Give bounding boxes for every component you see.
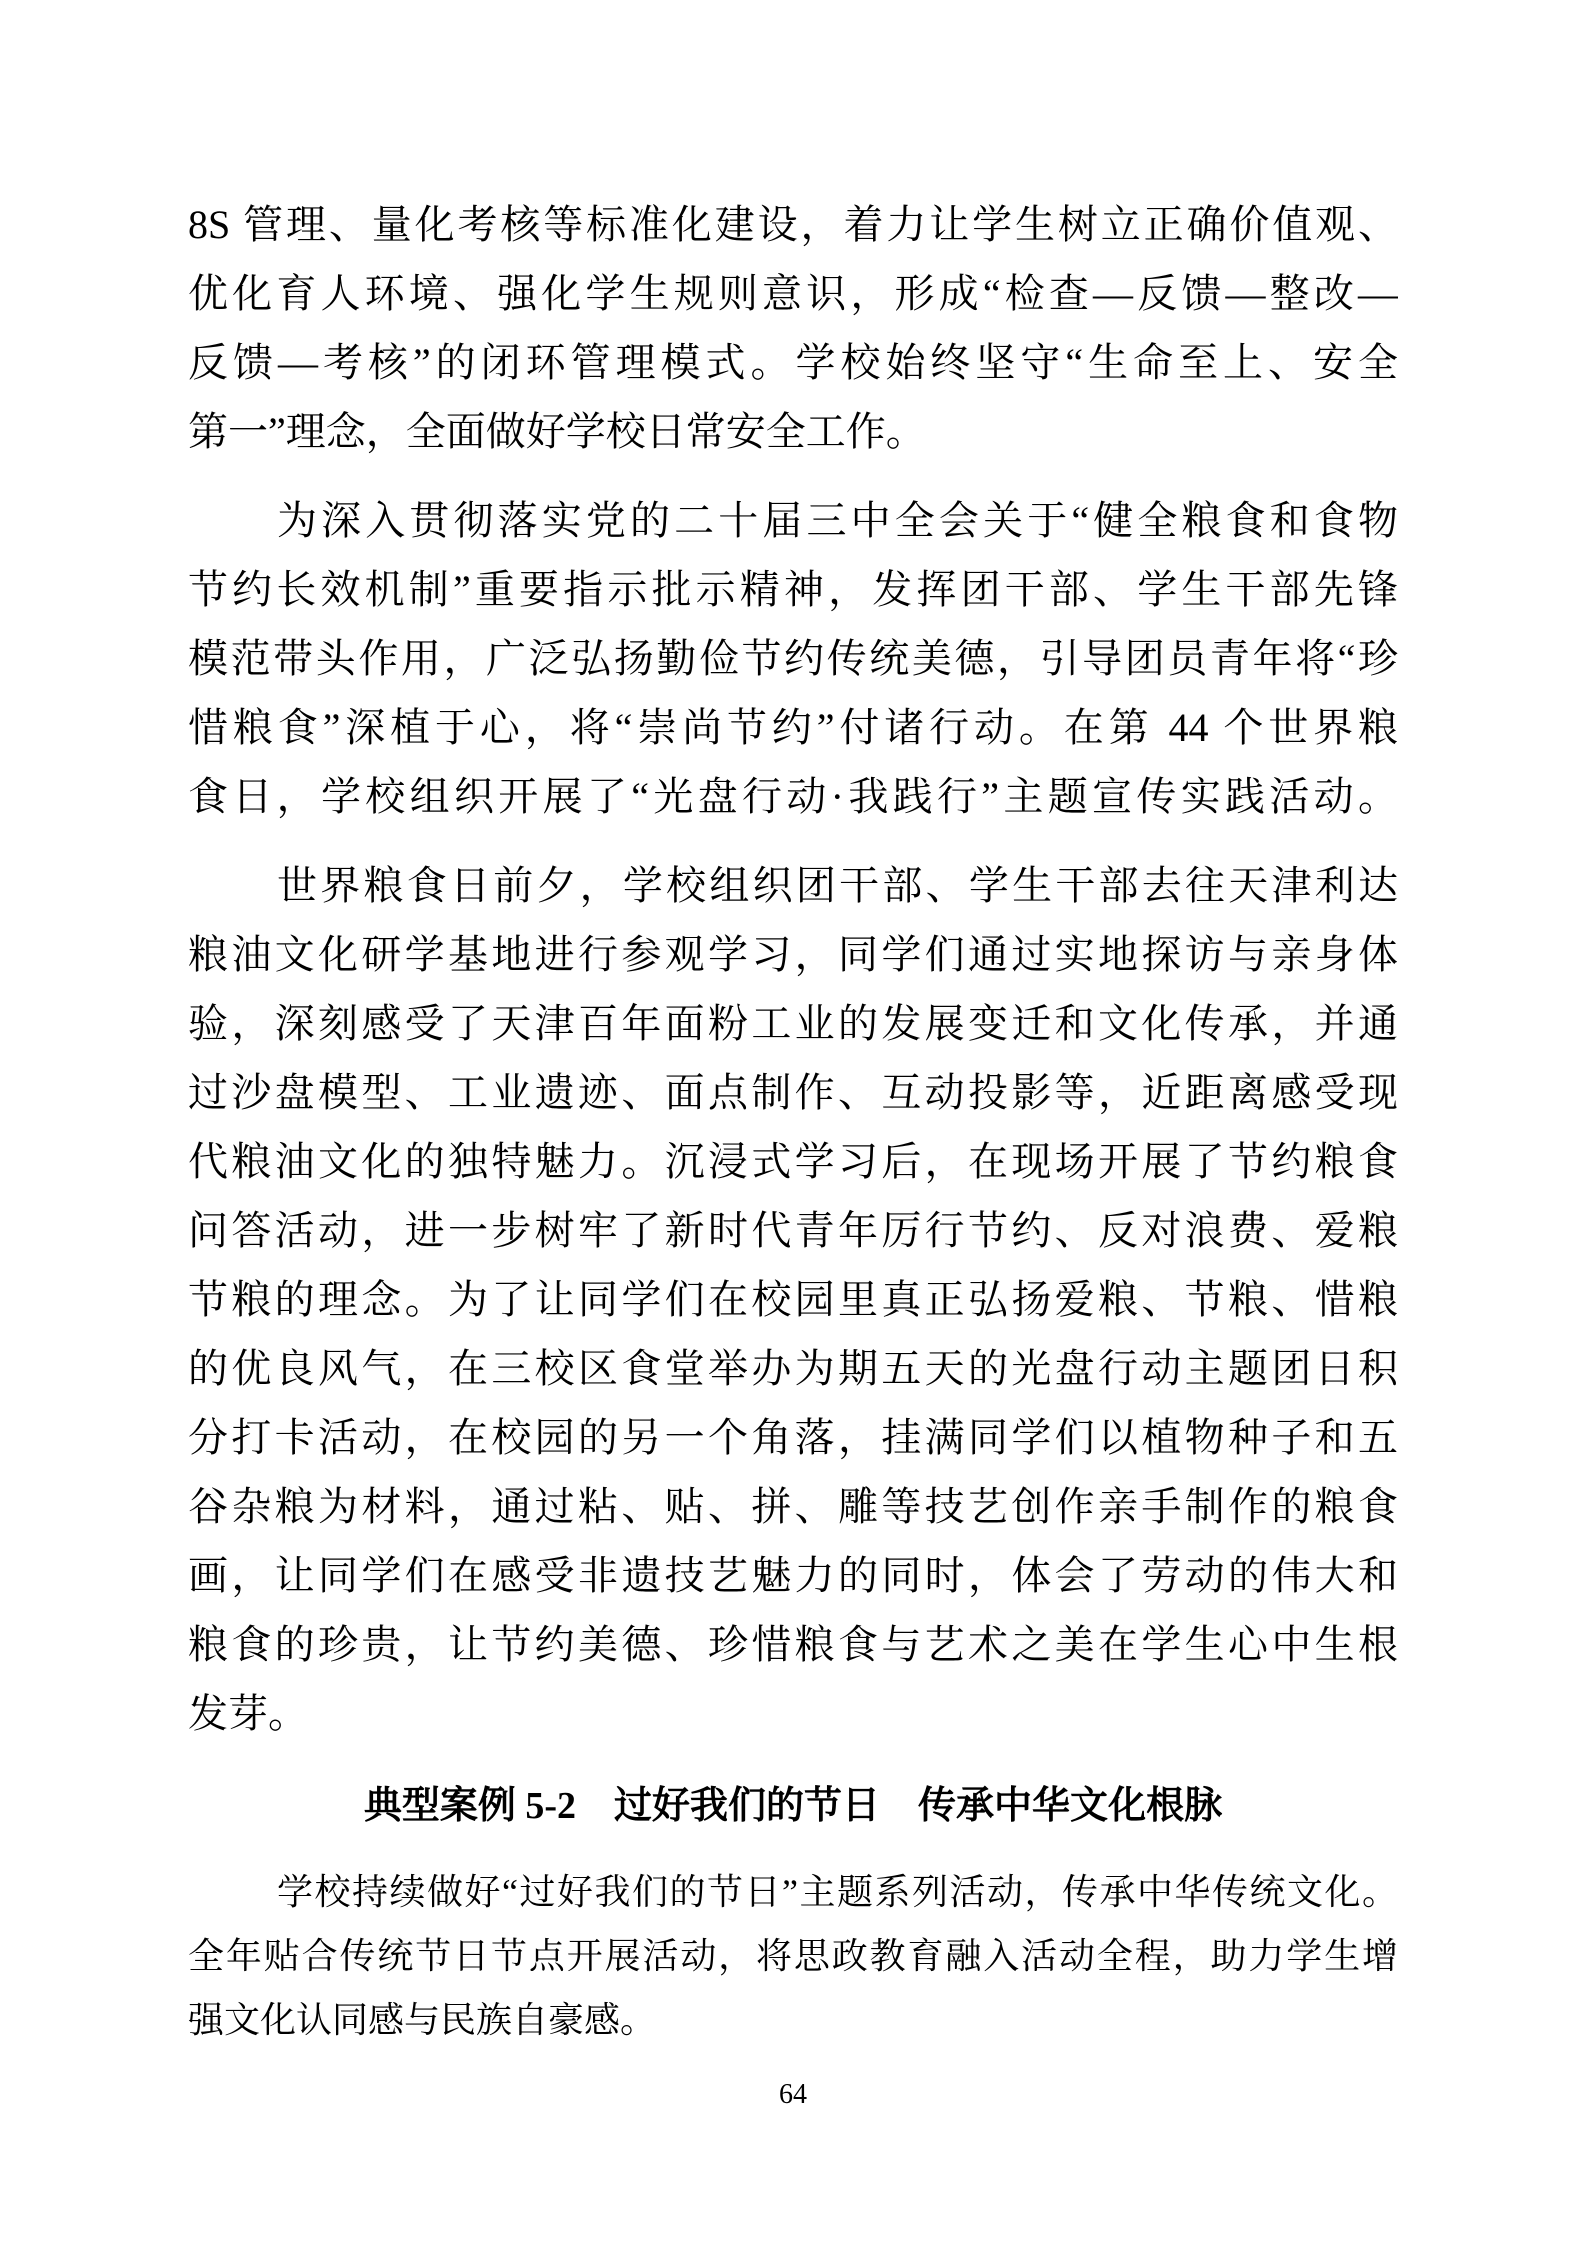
text-line: 代粮油文化的独特魅力。沉浸式学习后，在现场开展了节约粮食 <box>188 1127 1398 1196</box>
text-line: 世界粮食日前夕，学校组织团干部、学生干部去往天津利达 <box>188 851 1398 920</box>
paragraph-1: 8S 管理、量化考核等标准化建设，着力让学生树立正确价值观、 优化育人环境、强化… <box>188 190 1398 466</box>
page-content: 8S 管理、量化考核等标准化建设，着力让学生树立正确价值观、 优化育人环境、强化… <box>188 190 1398 2112</box>
text-line: 优化育人环境、强化学生规则意识，形成“检查—反馈—整改— <box>188 259 1398 328</box>
text-line: 粮油文化研学基地进行参观学习，同学们通过实地探访与亲身体 <box>188 920 1398 989</box>
text-line: 惜粮食”深植于心，将“崇尚节约”付诸行动。在第 44 个世界粮 <box>188 693 1398 762</box>
text-line: 分打卡活动，在校园的另一个角落，挂满同学们以植物种子和五 <box>188 1403 1398 1472</box>
text-line: 模范带头作用，广泛弘扬勤俭节约传统美德，引导团员青年将“珍 <box>188 624 1398 693</box>
text-line: 为深入贯彻落实党的二十届三中全会关于“健全粮食和食物 <box>188 486 1398 555</box>
case-study-heading: 典型案例 5-2 过好我们的节日 传承中华文化根脉 <box>188 1776 1398 1836</box>
text-line: 节约长效机制”重要指示批示精神，发挥团干部、学生干部先锋 <box>188 555 1398 624</box>
text-line: 画，让同学们在感受非遗技艺魅力的同时，体会了劳动的伟大和 <box>188 1541 1398 1610</box>
text-line: 粮食的珍贵，让节约美德、珍惜粮食与艺术之美在学生心中生根 <box>188 1610 1398 1679</box>
page-number: 64 <box>188 2078 1398 2112</box>
closing-paragraph: 学校持续做好“过好我们的节日”主题系列活动，传承中华传统文化。 全年贴合传统节日… <box>188 1860 1398 2052</box>
document-page: 8S 管理、量化考核等标准化建设，着力让学生树立正确价值观、 优化育人环境、强化… <box>0 0 1587 2245</box>
text-line: 学校持续做好“过好我们的节日”主题系列活动，传承中华传统文化。 <box>188 1860 1398 1924</box>
paragraph-2: 为深入贯彻落实党的二十届三中全会关于“健全粮食和食物 节约长效机制”重要指示批示… <box>188 486 1398 831</box>
text-line: 第一”理念，全面做好学校日常安全工作。 <box>188 397 1398 466</box>
text-line: 全年贴合传统节日节点开展活动，将思政教育融入活动全程，助力学生增 <box>188 1924 1398 1988</box>
text-line: 8S 管理、量化考核等标准化建设，着力让学生树立正确价值观、 <box>188 190 1398 259</box>
text-line: 强文化认同感与民族自豪感。 <box>188 1988 1398 2052</box>
text-line: 验，深刻感受了天津百年面粉工业的发展变迁和文化传承，并通 <box>188 989 1398 1058</box>
text-line: 过沙盘模型、工业遗迹、面点制作、互动投影等，近距离感受现 <box>188 1058 1398 1127</box>
text-line: 谷杂粮为材料，通过粘、贴、拼、雕等技艺创作亲手制作的粮食 <box>188 1472 1398 1541</box>
text-line: 的优良风气，在三校区食堂举办为期五天的光盘行动主题团日积 <box>188 1334 1398 1403</box>
text-line: 食日，学校组织开展了“光盘行动·我践行”主题宣传实践活动。 <box>188 762 1398 831</box>
text-line: 节粮的理念。为了让同学们在校园里真正弘扬爱粮、节粮、惜粮 <box>188 1265 1398 1334</box>
text-line: 发芽。 <box>188 1679 1398 1748</box>
paragraph-3: 世界粮食日前夕，学校组织团干部、学生干部去往天津利达 粮油文化研学基地进行参观学… <box>188 851 1398 1748</box>
text-line: 问答活动，进一步树牢了新时代青年厉行节约、反对浪费、爱粮 <box>188 1196 1398 1265</box>
text-line: 反馈—考核”的闭环管理模式。学校始终坚守“生命至上、安全 <box>188 328 1398 397</box>
